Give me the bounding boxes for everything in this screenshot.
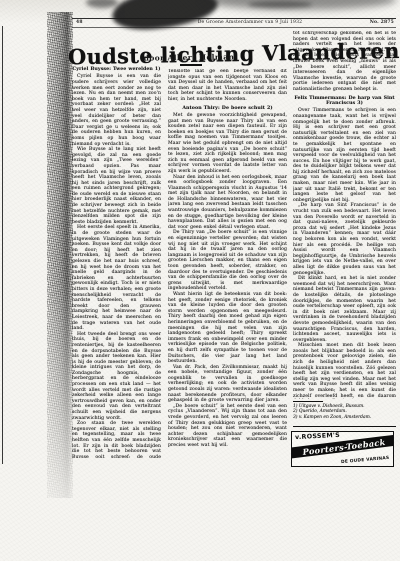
body-paragraph: „De harp van Sint Franciscus” is de vruc… — [293, 203, 396, 276]
body-paragraph: Over Timmermans te schrijven is een onaa… — [293, 108, 396, 203]
scan-edge-line — [2, 26, 3, 464]
body-paragraph: Misschien moet men dit boek lezen zooals… — [293, 343, 396, 399]
article-column-3: tot schrijverschap gekomen, en het is te… — [293, 31, 396, 399]
footnotes-block: 1) Uitgave v. Dishoeck, Bussum. 2) Queri… — [293, 401, 396, 420]
body-paragraph: Dit klinkt hard, en het is niet zonder w… — [293, 276, 396, 343]
section-heading-thiry: Antoon Thiry: De boere schuit 2) — [168, 106, 287, 111]
issue-number: No. 2875 — [352, 20, 394, 26]
body-paragraph: tot schrijverschap gekomen, en het is te… — [293, 31, 396, 93]
body-paragraph: Het tweede deel brengt ons weer thuis, b… — [72, 332, 161, 422]
section-heading-buysse: Cyriel Buysse: Twee werelden 1) — [72, 67, 161, 72]
masthead: De Groene Amsterdammer van 9 Juli 1932 — [140, 20, 360, 26]
page-number: 48 — [76, 20, 83, 26]
body-paragraph: De Thiry van „De boere schuit” is een vi… — [168, 230, 287, 292]
section-heading-timmermans: Felix Timmermans: De harp van Sint Franc… — [293, 96, 396, 107]
ink-smear-artifact — [248, 1, 312, 8]
footnote: 3) v. Kampen en Zoon, Amsterdam. — [293, 415, 396, 420]
body-paragraph: Wie Buysse al te lang niet heeft gevolgd… — [72, 147, 161, 225]
body-paragraph: Cyriel Buysse is een van die oudere schr… — [72, 74, 161, 147]
ad-tagline: DE OUDE VARINAS — [340, 456, 389, 465]
body-paragraph: Met de gewone voorzichtigheid gewapend, … — [168, 113, 287, 175]
page-fold-artifact — [47, 12, 73, 498]
header-rule-top — [72, 18, 396, 19]
body-paragraph: Tenslotte laat ge een beetje verbaasd di… — [168, 69, 287, 103]
body-paragraph: „De boere schuit” is het eerste deel van… — [168, 404, 287, 449]
footnote-divider — [293, 401, 323, 402]
header-rule-bottom — [72, 27, 396, 28]
article-column-1: Cyriel Buysse: Twee werelden 1) Cyriel B… — [72, 64, 161, 458]
body-paragraph: Zoo staan de twee werelden tegenover elk… — [72, 421, 161, 458]
column-bottom-rule — [293, 426, 396, 427]
body-paragraph: Want hierin ligt de beteekenis van dit b… — [168, 292, 287, 365]
body-paragraph: Van dr. Pack, den Zivilkommissar, maakt … — [168, 365, 287, 404]
body-paragraph: Het eerste deel speelt in Amerika, in de… — [72, 225, 161, 331]
body-paragraph: Naar den inhoud is het een oorlogsboek, … — [168, 175, 287, 231]
article-column-2: Tenslotte laat ge een beetje verbaasd di… — [168, 69, 287, 467]
ad-brand-name: v.ROSSEM'S — [295, 432, 340, 441]
tobacco-advertisement: v.ROSSEM'S Poorters-Toeback DE OUDE VARI… — [291, 431, 394, 467]
byline-divider — [180, 64, 202, 66]
